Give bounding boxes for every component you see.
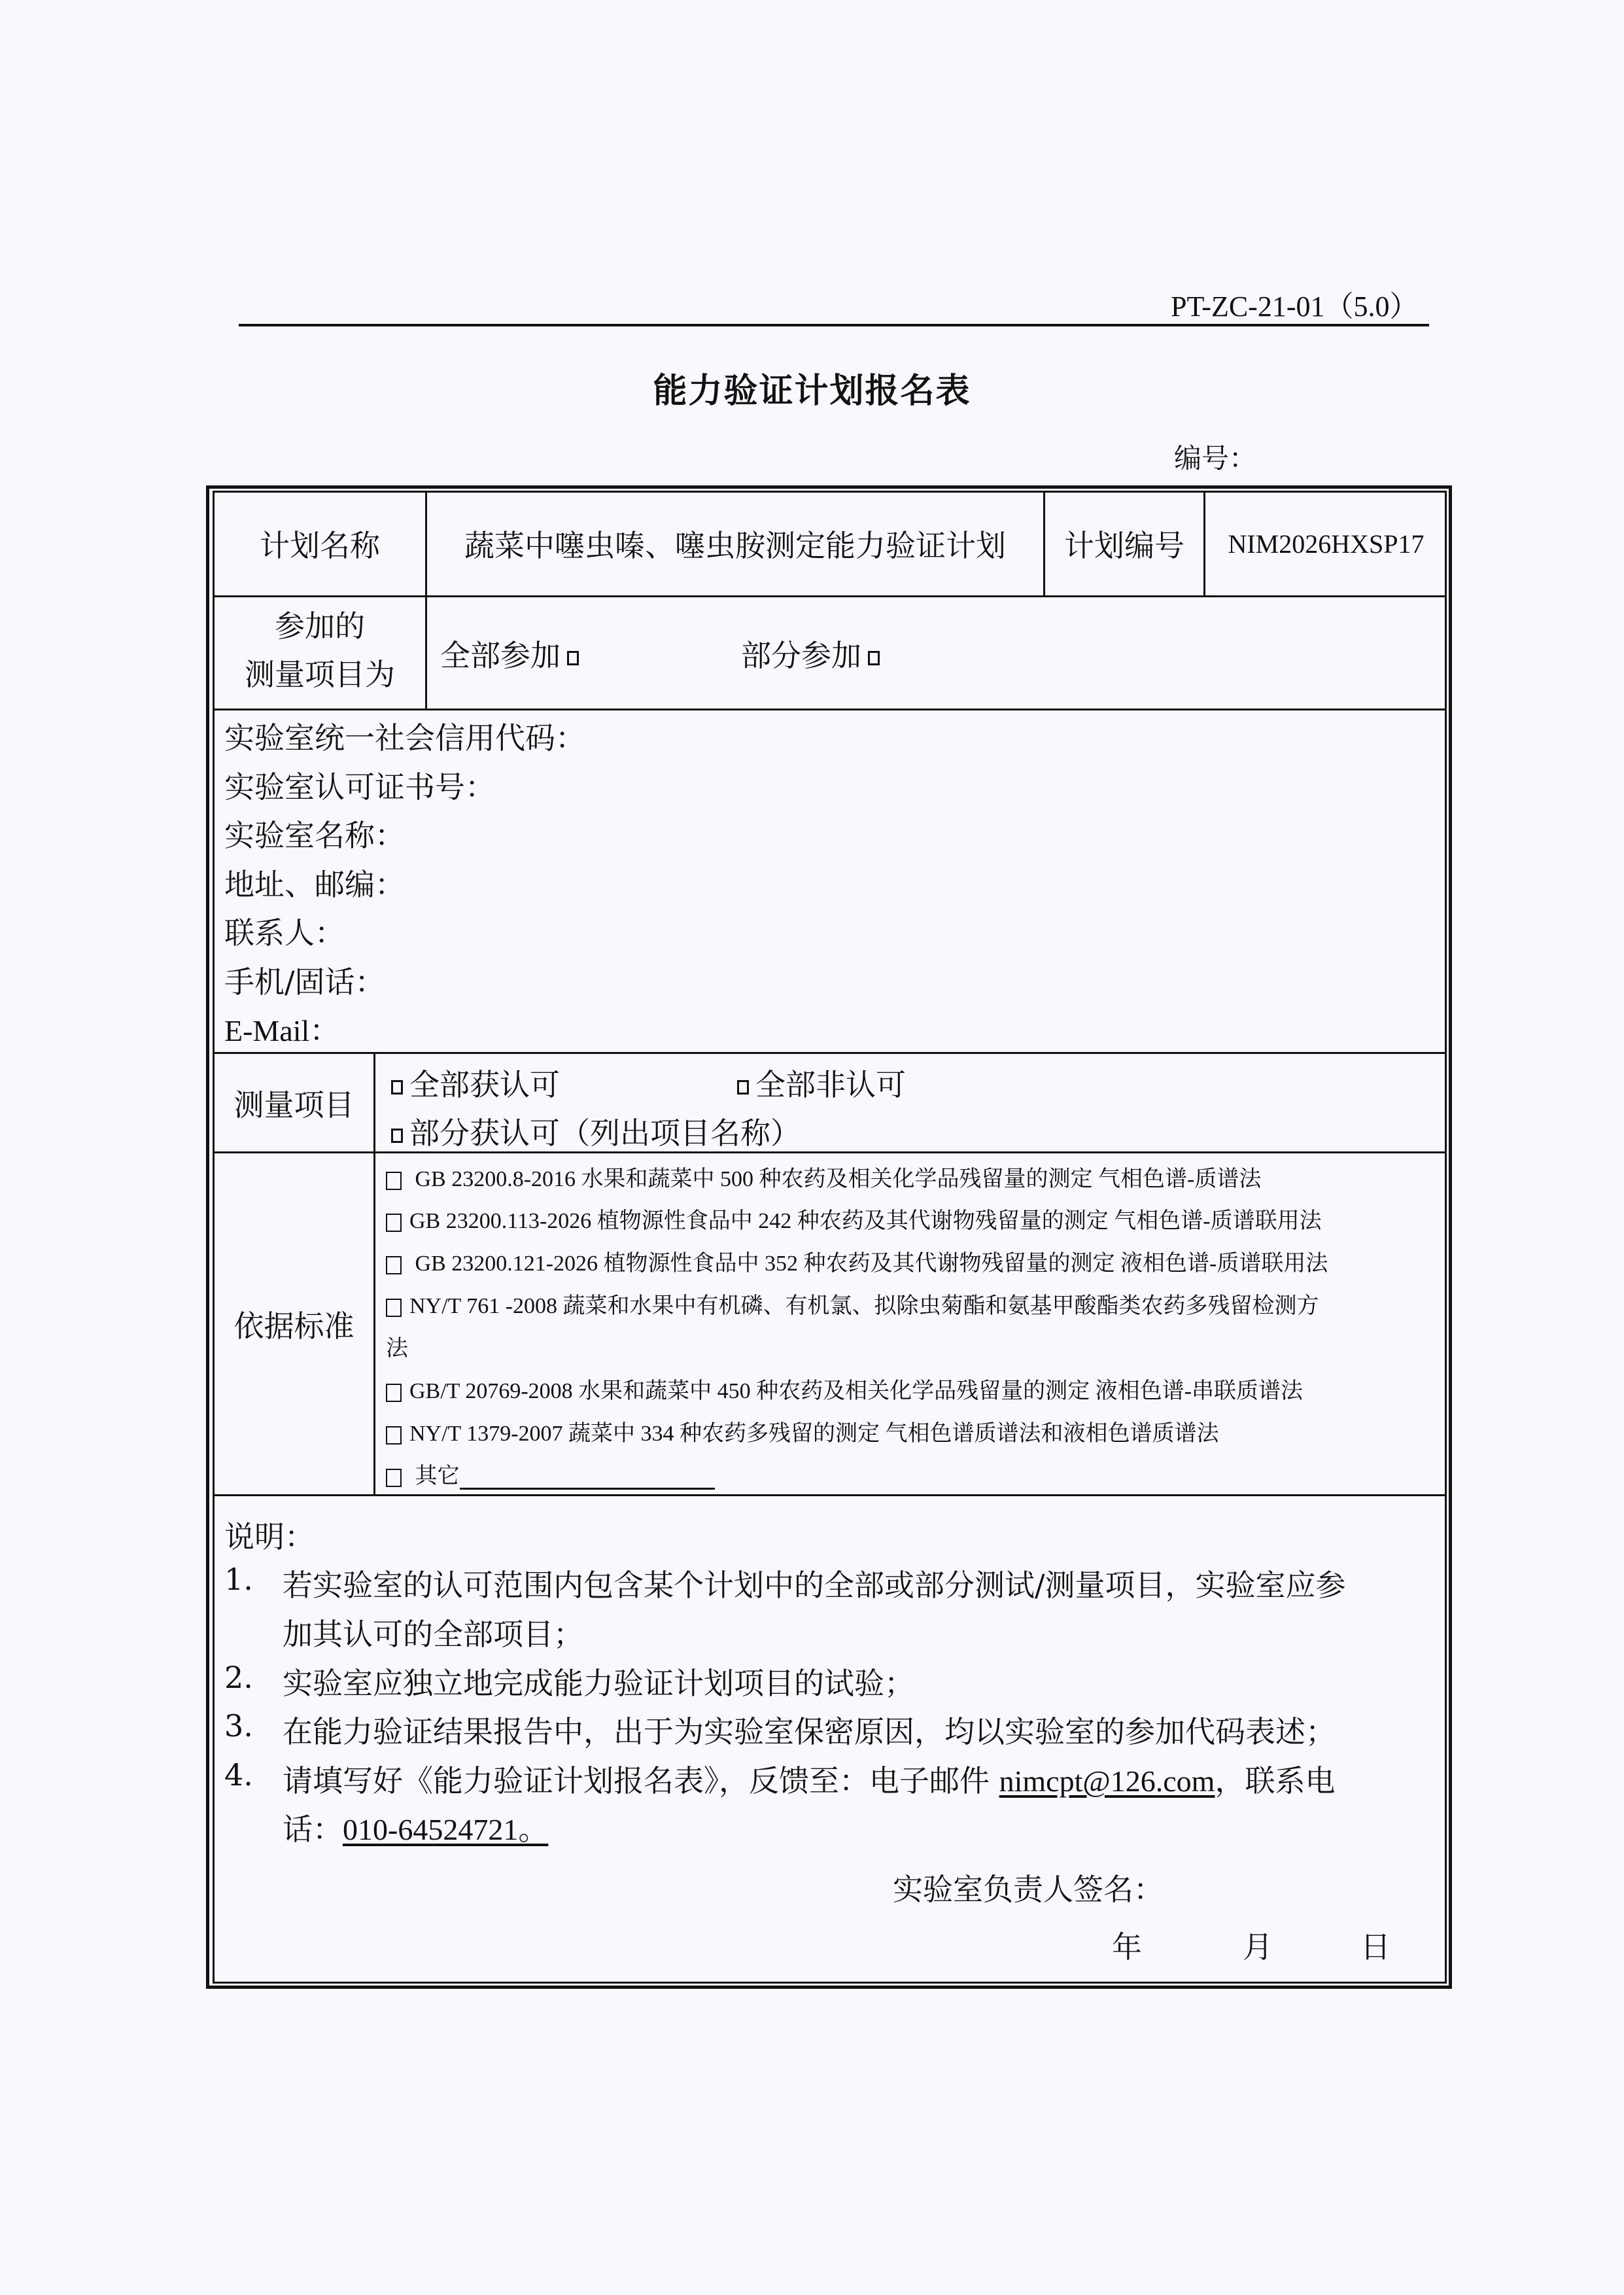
note-4-line2: 话：010-64524721。 <box>283 1806 548 1849</box>
contact-phone-link[interactable]: 010-64524721。 <box>343 1813 548 1846</box>
date-year-label: 年 <box>1112 1923 1142 1967</box>
standard-item[interactable]: NY/T 761 -2008 蔬菜和水果中有机磷、有机氯、拟除虫菊酯和氨基甲酸酯… <box>386 1288 1319 1320</box>
standard-item-wrap: 法 <box>386 1330 408 1362</box>
participation-label-line1: 参加的 <box>215 602 425 650</box>
note-1-line2: 加其认可的全部项目； <box>283 1611 583 1654</box>
standard-item-other[interactable]: 其它 <box>386 1458 715 1490</box>
document-code: PT-ZC-21-01（5.0） <box>1171 283 1419 324</box>
date-day-label: 日 <box>1360 1923 1391 1967</box>
standard-item[interactable]: GB 23200.121-2026 植物源性食品中 352 种农药及其代谢物残留… <box>386 1245 1328 1277</box>
note-1-line1: 若实验室的认可范围内包含某个计划中的全部或部分测试/测量项目，实验室应参 <box>283 1562 1346 1605</box>
all-accredited-label: 全部获认可 <box>409 1067 560 1102</box>
date-month-label: 月 <box>1243 1923 1273 1967</box>
row-divider <box>213 595 1447 597</box>
phone-field[interactable]: 手机/固话： <box>224 958 385 1002</box>
all-non-accredited-checkbox[interactable] <box>737 1080 749 1095</box>
plan-code-label: 计划编号 <box>1045 492 1203 595</box>
contact-person-field[interactable]: 联系人： <box>224 909 345 953</box>
standard-checkbox[interactable] <box>386 1172 402 1190</box>
standard-checkbox[interactable] <box>386 1384 402 1402</box>
standard-item[interactable]: GB 23200.8-2016 水果和蔬菜中 500 种农药及相关化学品残留量的… <box>386 1161 1261 1193</box>
standard-item[interactable]: GB 23200.113-2026 植物源性食品中 242 种农药及其代谢物残留… <box>386 1202 1322 1235</box>
partial-accredited-label: 部分获认可（列出项目名称） <box>409 1115 801 1151</box>
page-title: 能力验证计划报名表 <box>0 363 1624 412</box>
email-field[interactable]: E-Mail： <box>224 1007 339 1050</box>
participate-all-checkbox[interactable] <box>567 651 579 665</box>
all-accredited-option[interactable]: 全部获认可 <box>385 1061 560 1104</box>
signature-label: 实验室负责人签名： <box>893 1866 1164 1909</box>
row-divider <box>213 1494 1447 1496</box>
row-divider <box>213 1052 1447 1054</box>
plan-name-value: 蔬菜中噻虫嗪、噻虫胺测定能力验证计划 <box>427 492 1043 595</box>
participate-all-label: 全部参加 <box>440 638 561 673</box>
col-divider <box>373 1052 375 1496</box>
standards-label: 依据标准 <box>215 1154 373 1494</box>
standard-item[interactable]: GB/T 20769-2008 水果和蔬菜中 450 种农药及相关化学品残留量的… <box>386 1373 1303 1405</box>
lab-credit-code-field[interactable]: 实验室统一社会信用代码： <box>224 714 585 758</box>
note-number: 1. <box>224 1562 253 1597</box>
row-divider <box>213 709 1447 710</box>
note-2: 实验室应独立地完成能力验证计划项目的试验； <box>283 1660 914 1703</box>
measurement-label: 测量项目 <box>215 1055 373 1151</box>
standard-checkbox[interactable] <box>386 1256 402 1274</box>
standard-item[interactable]: NY/T 1379-2007 蔬菜中 334 种农药多残留的测定 气相色谱质谱法… <box>386 1415 1219 1447</box>
all-non-accredited-label: 全部非认可 <box>755 1067 906 1102</box>
standard-checkbox[interactable] <box>386 1426 402 1445</box>
notes-heading: 说明： <box>224 1513 315 1556</box>
header-rule <box>239 324 1429 326</box>
address-postcode-field[interactable]: 地址、邮编： <box>224 861 405 904</box>
partial-accredited-option[interactable]: 部分获认可（列出项目名称） <box>385 1110 801 1153</box>
participation-label: 参加的 测量项目为 <box>215 602 425 699</box>
lab-name-field[interactable]: 实验室名称： <box>224 812 405 855</box>
note-number: 4. <box>224 1757 253 1793</box>
note-number: 3. <box>224 1708 253 1743</box>
note-3: 在能力验证结果报告中，出于为实验室保密原因，均以实验室的参加代码表述； <box>283 1708 1336 1751</box>
lab-accreditation-no-field[interactable]: 实验室认可证书号： <box>224 763 495 807</box>
contact-email-link[interactable]: nimcpt@126.com <box>999 1764 1215 1798</box>
partial-accredited-checkbox[interactable] <box>391 1129 403 1143</box>
participate-all-option[interactable]: 全部参加 <box>440 632 585 675</box>
all-non-accredited-option[interactable]: 全部非认可 <box>731 1061 906 1104</box>
plan-name-label: 计划名称 <box>215 492 425 595</box>
plan-code-value: NIM2026HXSP17 <box>1205 492 1447 595</box>
participation-label-line2: 测量项目为 <box>215 650 425 699</box>
serial-number-label: 编号： <box>1174 437 1256 476</box>
participate-partial-checkbox[interactable] <box>868 651 880 665</box>
participate-partial-label: 部分参加 <box>741 638 861 673</box>
note-4-line1: 请填写好《能力验证计划报名表》，反馈至：电子邮件 nimcpt@126.com，… <box>283 1757 1335 1800</box>
note-number: 2. <box>224 1660 253 1695</box>
standard-checkbox[interactable] <box>386 1214 402 1232</box>
standard-checkbox[interactable] <box>386 1299 402 1317</box>
other-standard-input[interactable] <box>460 1465 715 1490</box>
participate-partial-option[interactable]: 部分参加 <box>741 632 886 675</box>
standard-checkbox[interactable] <box>386 1469 402 1487</box>
all-accredited-checkbox[interactable] <box>391 1080 403 1095</box>
